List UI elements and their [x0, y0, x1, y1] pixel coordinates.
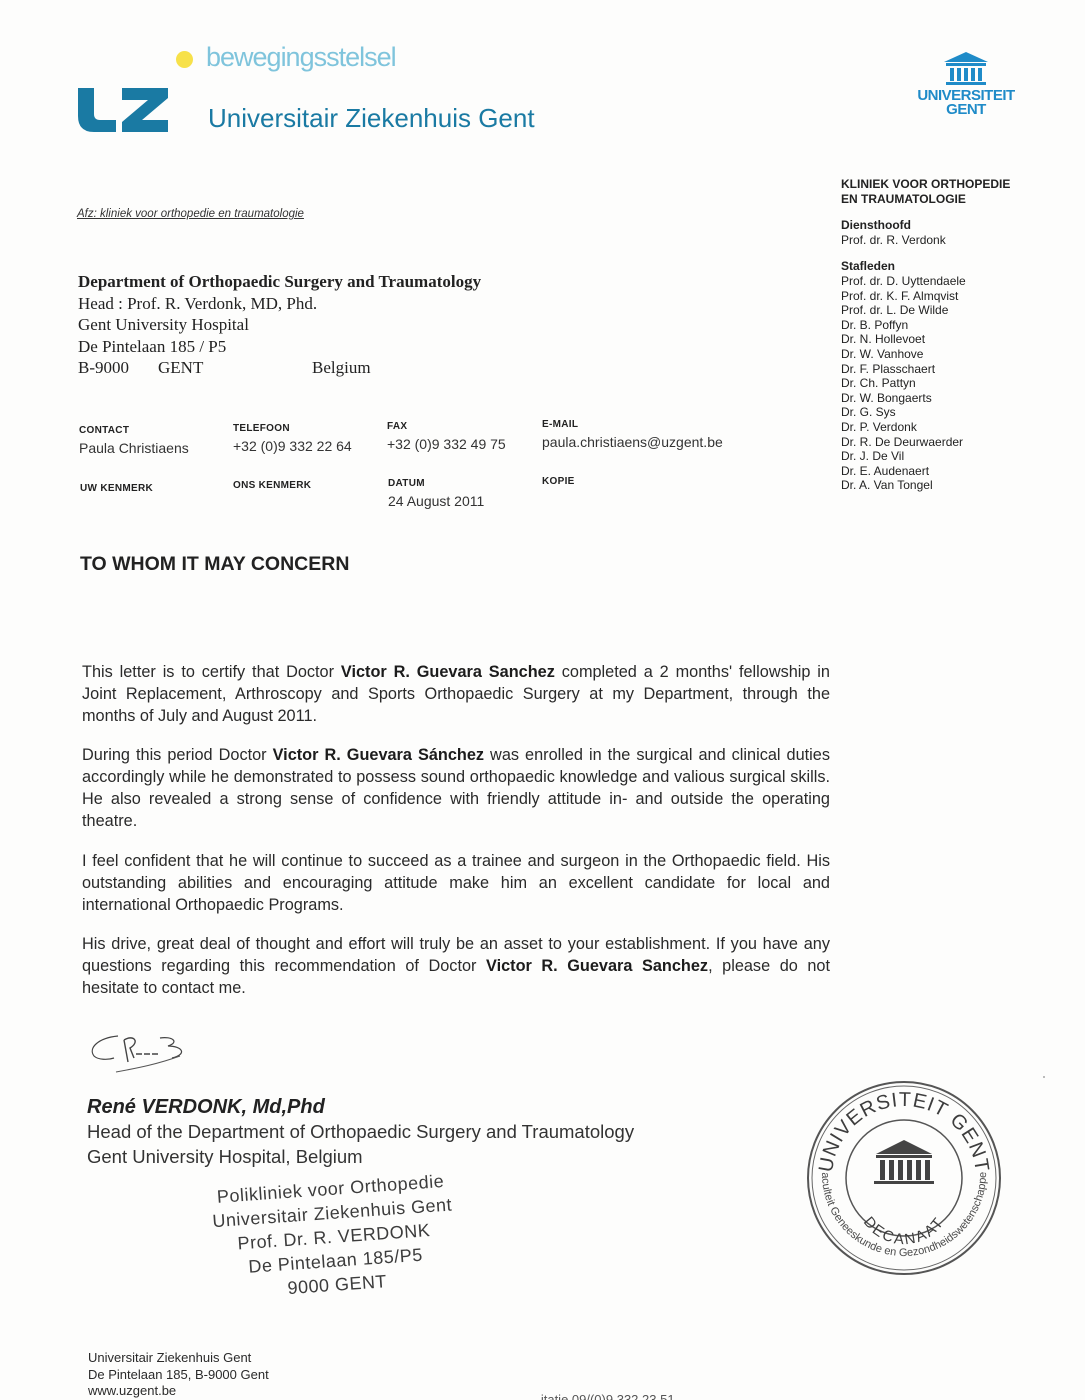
p1-text: This letter is to certify that Doctor	[82, 663, 341, 681]
clinic-title-line2: EN TRAUMATOLOGIE	[841, 192, 1041, 207]
your-ref-field: UW KENMERK	[80, 483, 153, 494]
contact-value: Paula Christiaens	[79, 440, 189, 456]
phone-label: TELEFOON	[233, 423, 352, 434]
fax-label: FAX	[387, 421, 506, 432]
footer-website-link[interactable]: www.uzgent.be	[88, 1383, 269, 1400]
paragraph-1: This letter is to certify that Doctor Vi…	[82, 661, 830, 727]
staff-list: Prof. dr. D. UyttendaeleProf. dr. K. F. …	[841, 274, 1041, 493]
footer-address: Universitair Ziekenhuis Gent De Pintelaa…	[88, 1350, 269, 1400]
clinic-title-line1: KLINIEK VOOR ORTHOPEDIE	[841, 177, 1041, 192]
handwritten-signature	[88, 1028, 198, 1078]
head-name: Prof. dr. R. Verdonk	[841, 233, 1041, 248]
svg-text:UNIVERSITEIT GENT: UNIVERSITEIT GENT	[815, 1089, 993, 1174]
email-link[interactable]: paula.christiaens@uzgent.be	[542, 434, 723, 450]
address-department: Department of Orthopaedic Surgery and Tr…	[78, 271, 481, 293]
staff-member: Dr. P. Verdonk	[841, 420, 1041, 435]
date-field: DATUM 24 August 2011	[388, 478, 484, 509]
temple-icon	[942, 50, 990, 86]
our-ref-field: ONS KENMERK	[233, 480, 311, 491]
address-city: GENT	[158, 358, 203, 377]
address-postcode: B-9000	[78, 357, 158, 379]
staff-member: Prof. dr. K. F. Almqvist	[841, 289, 1041, 304]
footer-cut-text: ...itatie 09/(0)9 332 23 51	[530, 1392, 675, 1400]
p3-text: I feel confident that he will continue t…	[82, 852, 830, 914]
staff-member: Prof. dr. L. De Wilde	[841, 303, 1041, 318]
staff-member: Dr. J. De Vil	[841, 449, 1041, 464]
date-label: DATUM	[388, 478, 484, 489]
staff-member: Dr. F. Plasschaert	[841, 362, 1041, 377]
copy-field: KOPIE	[542, 476, 575, 487]
department-stamp: Polikliniek voor Orthopedie Universitair…	[200, 1168, 468, 1306]
university-seal-icon: UNIVERSITEIT GENT - Faculteit Geneeskund…	[804, 1078, 1004, 1278]
yellow-dot-icon	[176, 51, 193, 68]
division-name: bewegingsstelsel	[206, 42, 396, 73]
candidate-name: Victor R. Guevara Sánchez	[273, 746, 484, 764]
phone-value: +32 (0)9 332 22 64	[233, 438, 352, 454]
staff-member: Dr. G. Sys	[841, 405, 1041, 420]
address-head: Head : Prof. R. Verdonk, MD, Phd.	[78, 293, 481, 315]
paragraph-2: During this period Doctor Victor R. Guev…	[82, 744, 830, 832]
our-ref-label: ONS KENMERK	[233, 480, 311, 491]
staff-member: Dr. W. Vanhove	[841, 347, 1041, 362]
head-label: Diensthoofd	[841, 218, 1041, 233]
candidate-name: Victor R. Guevara Sanchez	[341, 663, 555, 681]
staff-member: Dr. B. Poffyn	[841, 318, 1041, 333]
paragraph-3: I feel confident that he will continue t…	[82, 850, 830, 916]
phone-field: TELEFOON +32 (0)9 332 22 64	[233, 423, 352, 454]
candidate-name: Victor R. Guevara Sanchez	[486, 957, 708, 975]
contact-label: CONTACT	[79, 425, 189, 436]
ugent-logo-line2: GENT	[914, 103, 1018, 117]
address-hospital: Gent University Hospital	[78, 314, 481, 336]
staff-member: Dr. R. De Deurwaerder	[841, 435, 1041, 450]
date-value: 24 August 2011	[388, 493, 484, 509]
letter-heading: TO WHOM IT MAY CONCERN	[80, 553, 349, 576]
fax-field: FAX +32 (0)9 332 49 75	[387, 421, 506, 452]
recipient-address: Department of Orthopaedic Surgery and Tr…	[78, 271, 481, 379]
scan-speck	[1043, 1076, 1045, 1078]
address-street: De Pintelaan 185 / P5	[78, 336, 481, 358]
signatory-name: René VERDONK, Md,Phd	[87, 1096, 325, 1119]
copy-label: KOPIE	[542, 476, 575, 487]
staff-member: Dr. N. Hollevoet	[841, 332, 1041, 347]
email-field: E-MAIL paula.christiaens@uzgent.be	[542, 419, 723, 450]
paragraph-4: His drive, great deal of thought and eff…	[82, 933, 830, 999]
ugent-logo: UNIVERSITEIT GENT	[914, 50, 1018, 117]
staff-member: Dr. W. Bongaerts	[841, 391, 1041, 406]
your-ref-label: UW KENMERK	[80, 483, 153, 494]
contact-field: CONTACT Paula Christiaens	[79, 425, 189, 456]
footer-line: De Pintelaan 185, B-9000 Gent	[88, 1367, 269, 1384]
fax-value: +32 (0)9 332 49 75	[387, 436, 506, 452]
footer-line: Universitair Ziekenhuis Gent	[88, 1350, 269, 1367]
signatory-title: Head of the Department of Orthopaedic Su…	[87, 1121, 634, 1143]
staff-member: Dr. E. Audenaert	[841, 464, 1041, 479]
address-country: Belgium	[312, 357, 371, 379]
uz-logo-icon	[76, 86, 172, 134]
staff-label: Stafleden	[841, 259, 1041, 274]
hospital-name: Universitair Ziekenhuis Gent	[208, 103, 535, 134]
email-label: E-MAIL	[542, 419, 723, 430]
p2-text: During this period Doctor	[82, 746, 273, 764]
staff-member: Dr. A. Van Tongel	[841, 478, 1041, 493]
sender-line: Afz: kliniek voor orthopedie en traumato…	[77, 208, 304, 220]
clinic-staff-column: KLINIEK VOOR ORTHOPEDIE EN TRAUMATOLOGIE…	[841, 177, 1041, 493]
staff-member: Prof. dr. D. Uyttendaele	[841, 274, 1041, 289]
staff-member: Dr. Ch. Pattyn	[841, 376, 1041, 391]
signatory-institution: Gent University Hospital, Belgium	[87, 1146, 363, 1168]
